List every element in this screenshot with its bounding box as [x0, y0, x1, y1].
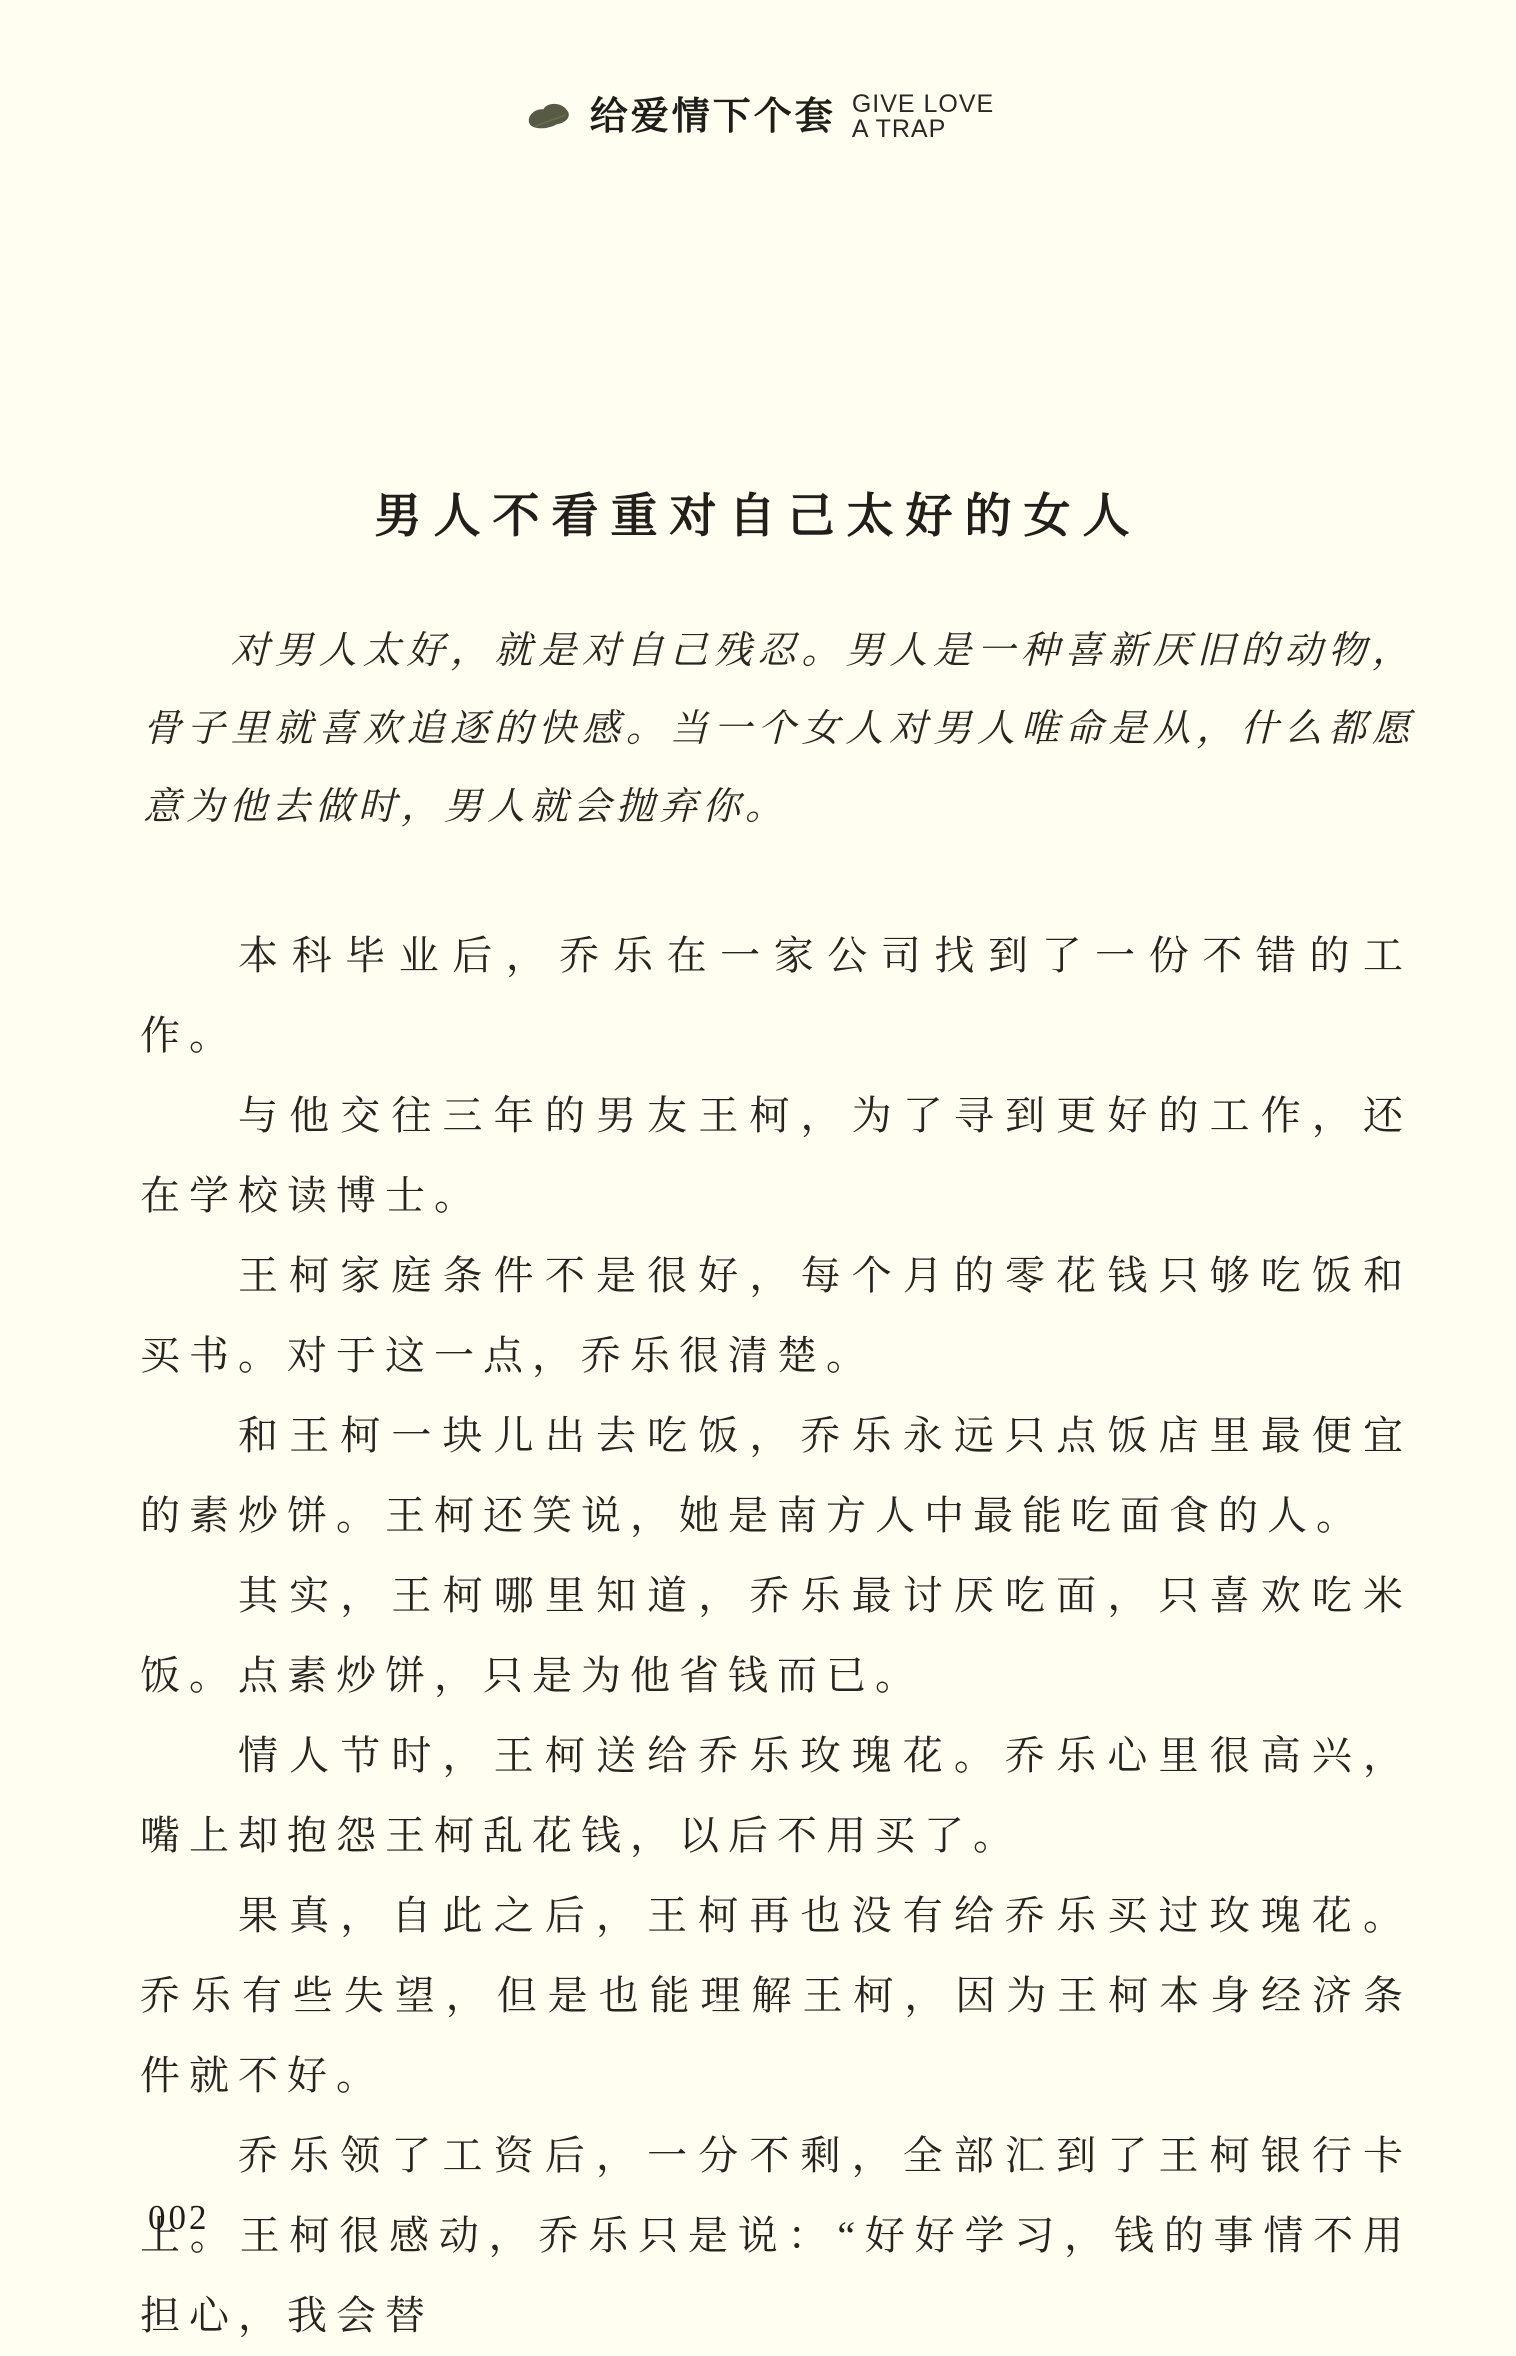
body-paragraph: 乔乐领了工资后，一分不剩，全部汇到了王柯银行卡上。王柯很感动，乔乐只是说：“好好…: [140, 2116, 1412, 2356]
body-paragraph: 与他交往三年的男友王柯，为了寻到更好的工作，还在学校读博士。: [140, 1076, 1412, 1236]
body-paragraph: 王柯家庭条件不是很好，每个月的零花钱只够吃饭和买书。对于这一点，乔乐很清楚。: [140, 1236, 1412, 1396]
page-number: 002: [148, 2198, 210, 2238]
book-title-en-line1: GIVE LOVE: [852, 92, 994, 117]
body-text: 本科毕业后，乔乐在一家公司找到了一份不错的工作。 与他交往三年的男友王柯，为了寻…: [140, 916, 1412, 2356]
book-page: 给爱情下个套 GIVE LOVE A TRAP 男人不看重对自己太好的女人 对男…: [0, 0, 1516, 2356]
body-paragraph: 其实，王柯哪里知道，乔乐最讨厌吃面，只喜欢吃米饭。点素炒饼，只是为他省钱而已。: [140, 1556, 1412, 1716]
book-title-en: GIVE LOVE A TRAP: [852, 92, 994, 142]
intro-paragraph: 对男人太好，就是对自己残忍。男人是一种喜新厌旧的动物，骨子里就喜欢追逐的快感。当…: [143, 612, 1415, 846]
chapter-intro: 对男人太好，就是对自己残忍。男人是一种喜新厌旧的动物，骨子里就喜欢追逐的快感。当…: [143, 612, 1415, 846]
book-title-cn: 给爱情下个套: [590, 98, 836, 136]
leaf-icon: [521, 98, 575, 136]
body-paragraph: 情人节时，王柯送给乔乐玫瑰花。乔乐心里很高兴，嘴上却抱怨王柯乱花钱，以后不用买了…: [140, 1716, 1412, 1876]
chapter-title: 男人不看重对自己太好的女人: [0, 489, 1516, 545]
body-paragraph: 本科毕业后，乔乐在一家公司找到了一份不错的工作。: [140, 916, 1412, 1076]
book-title-en-line2: A TRAP: [852, 117, 994, 142]
body-paragraph: 和王柯一块儿出去吃饭，乔乐永远只点饭店里最便宜的素炒饼。王柯还笑说，她是南方人中…: [140, 1396, 1412, 1556]
running-head: 给爱情下个套 GIVE LOVE A TRAP: [0, 92, 1516, 142]
body-paragraph: 果真，自此之后，王柯再也没有给乔乐买过玫瑰花。乔乐有些失望，但是也能理解王柯，因…: [140, 1876, 1412, 2116]
